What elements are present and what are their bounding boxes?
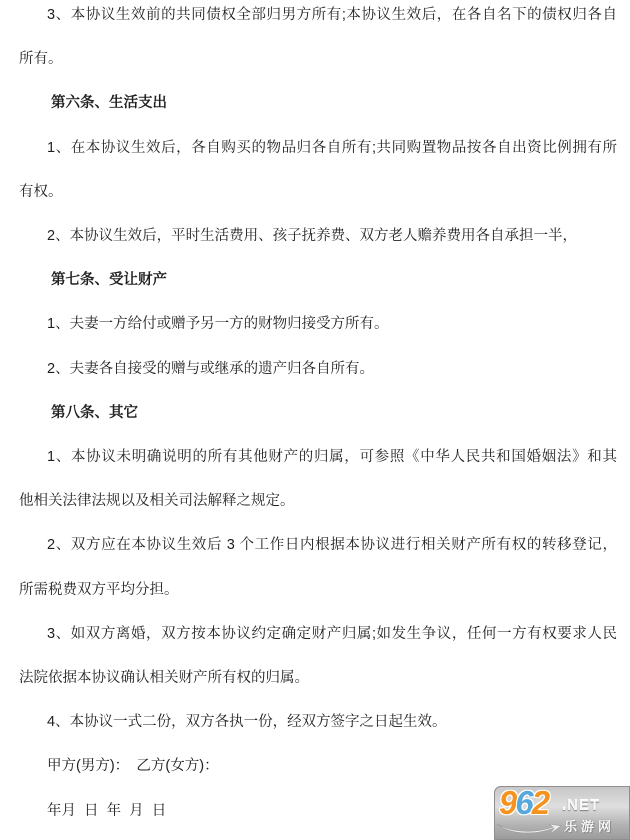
doc-line: 3、如双方离婚，双方按本协议约定确定财产归属;如发生争议，任何一方有权要求人民 — [19, 612, 617, 656]
doc-line: 有权。 — [19, 170, 617, 214]
962net-watermark: 962 .NET 乐游网 — [494, 786, 630, 840]
site-name-label: 乐游网 — [564, 816, 615, 835]
doc-line: 4、本协议一式二份，双方各执一份，经双方签字之日起生效。 — [19, 700, 617, 744]
doc-line: 他相关法律法规以及相关司法解释之规定。 — [19, 479, 617, 523]
doc-line: 1、在本协议生效后，各自购买的物品归各自所有;共同购置物品按各自出资比例拥有所 — [19, 126, 617, 170]
doc-line: 1、本协议未明确说明的所有其他财产的归属，可参照《中华人民共和国婚姻法》和其 — [19, 435, 617, 479]
doc-line: 2、双方应在本协议生效后 3 个工作日内根据本协议进行相关财产所有权的转移登记， — [19, 523, 617, 567]
logo-digit-6: 6 — [515, 786, 531, 821]
doc-line: 甲方(男方)： 乙方(女方)： — [19, 744, 617, 788]
doc-line: 所需税费双方平均分担。 — [19, 568, 617, 612]
section-heading: 第六条、生活支出 — [19, 81, 617, 125]
logo-digit-2: 2 — [532, 786, 548, 821]
doc-line: 2、本协议生效后，平时生活费用、孩子抚养费、双方老人赡养费用各自承担一半， — [19, 214, 617, 258]
document-page: 3、本协议生效前的共同债权全部归男方所有;本协议生效后，在各自名下的债权归各自所… — [0, 0, 630, 840]
962-logo: 962 — [499, 786, 548, 819]
logo-digit-9: 9 — [499, 786, 515, 821]
section-heading: 第七条、受让财产 — [19, 258, 617, 302]
doc-line: 2、夫妻各自接受的赠与或继承的遗产归各自所有。 — [19, 347, 617, 391]
section-heading: 第八条、其它 — [19, 391, 617, 435]
doc-line: 1、夫妻一方给付或赠予另一方的财物归接受方所有。 — [19, 302, 617, 346]
doc-line: 所有。 — [19, 37, 617, 81]
doc-line: 3、本协议生效前的共同债权全部归男方所有;本协议生效后，在各自名下的债权归各自 — [19, 0, 617, 37]
doc-line: 法院依据本协议确认相关财产所有权的归属。 — [19, 656, 617, 700]
agreement-text: 3、本协议生效前的共同债权全部归男方所有;本协议生效后，在各自名下的债权归各自所… — [0, 0, 630, 833]
net-label: .NET — [562, 797, 600, 814]
swoosh-arrow-icon — [496, 822, 562, 838]
